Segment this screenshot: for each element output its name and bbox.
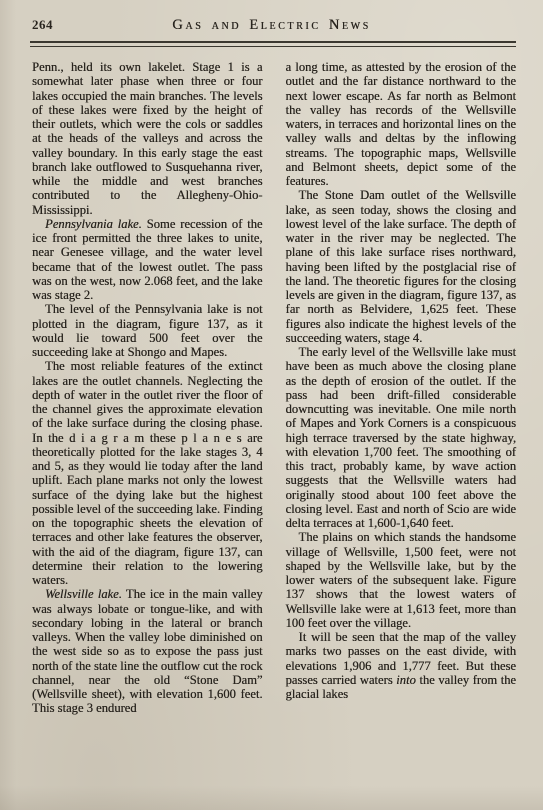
page-number: 264	[32, 17, 53, 33]
paragraph-text: The Stone Dam outlet of the Wellsville l…	[286, 188, 517, 345]
scanned-document-page: 264 Gas and Electric News Penn., held it…	[0, 0, 543, 810]
paragraph-pennsylvania-lake: Pennsylvania lake. Some recession of the…	[32, 217, 263, 303]
paragraph-lead-italic: Wellsville lake.	[45, 587, 122, 601]
paragraph-long-time-erosion: a long time, as attested by the erosion …	[286, 60, 517, 188]
paragraph-outlet-channels: The most reliable features of the extinc…	[32, 359, 263, 587]
paragraph-italic-word: into	[396, 673, 416, 687]
paragraph-wellsville-plains: The plains on which stands the handsome …	[286, 530, 517, 630]
paragraph-text: a long time, as attested by the erosion …	[286, 60, 517, 188]
paragraph-text: The early level of the Wellsville lake m…	[286, 345, 517, 530]
journal-title: Gas and Electric News	[0, 17, 543, 34]
paragraph-text: The ice in the main valley was always lo…	[32, 587, 263, 715]
left-column: Penn., held its own lakelet. Stage 1 is …	[32, 60, 263, 716]
paragraph-two-passes: It will be seen that the map of the vall…	[286, 630, 517, 701]
paragraph-stone-dam-outlet: The Stone Dam outlet of the Wellsville l…	[286, 188, 517, 345]
paragraph-level-not-plotted: The level of the Pennsylvania lake is no…	[32, 302, 263, 359]
paragraph-early-level: The early level of the Wellsville lake m…	[286, 345, 517, 530]
paragraph-wellsville-lake: Wellsville lake. The ice in the main val…	[32, 587, 263, 715]
paragraph-text: The level of the Pennsylvania lake is no…	[32, 302, 263, 359]
text-columns: Penn., held its own lakelet. Stage 1 is …	[0, 47, 543, 716]
paragraph-lead-italic: Pennsylvania lake.	[45, 217, 142, 231]
paragraph-text: The most reliable features of the extinc…	[32, 359, 263, 587]
paragraph-penn-lakelet: Penn., held its own lakelet. Stage 1 is …	[32, 60, 263, 217]
right-column: a long time, as attested by the erosion …	[286, 60, 517, 716]
paragraph-text: Penn., held its own lakelet. Stage 1 is …	[32, 60, 263, 217]
paragraph-text: The plains on which stands the handsome …	[286, 530, 517, 630]
page-header: 264 Gas and Electric News	[0, 0, 543, 34]
